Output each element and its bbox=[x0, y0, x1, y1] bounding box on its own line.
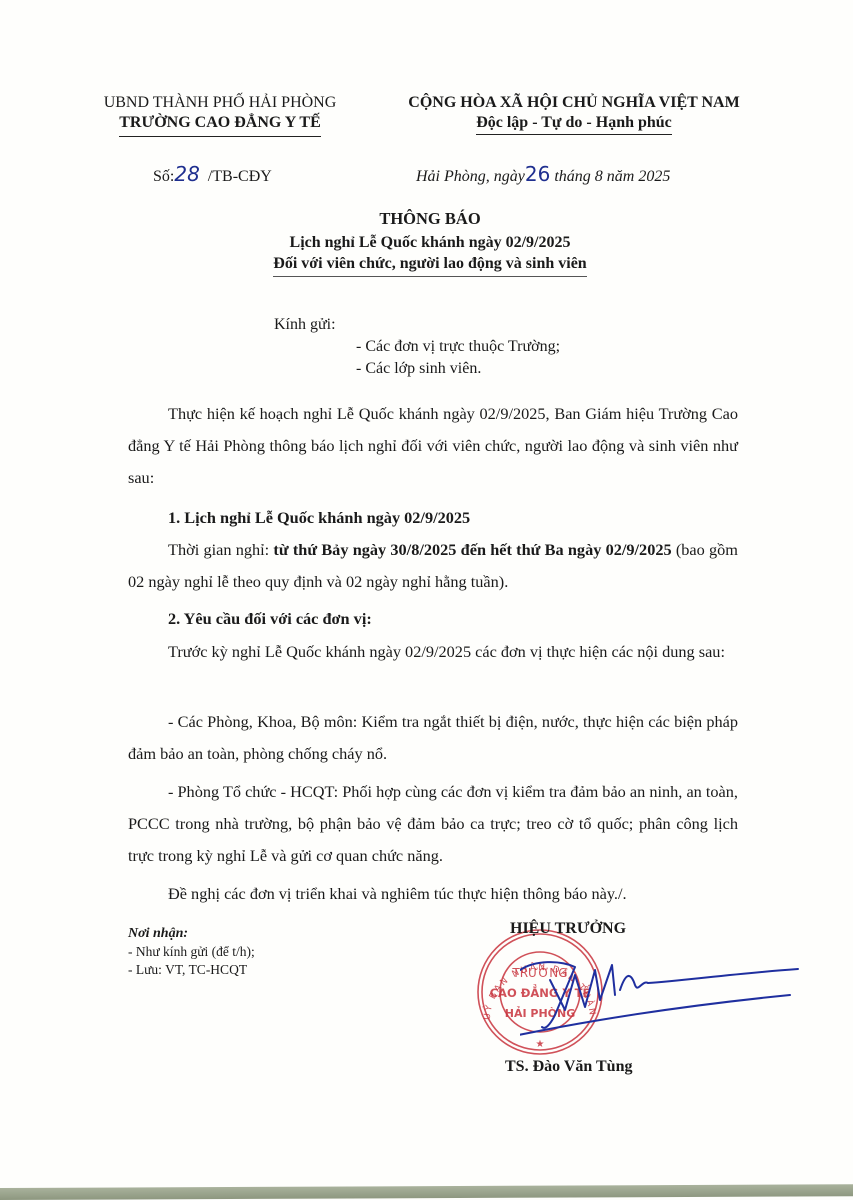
section-2-heading: 2. Yêu cầu đối với các đơn vị: bbox=[128, 603, 738, 635]
place-date: Hải Phòng, ngày26 tháng 8 năm 2025 bbox=[416, 162, 670, 186]
holiday-period-label: Thời gian nghỉ: bbox=[168, 540, 269, 559]
handwritten-day: 26 bbox=[525, 162, 550, 186]
section-1-paragraph: Thời gian nghỉ: từ thứ Bảy ngày 30/8/202… bbox=[128, 534, 738, 598]
handwritten-signature-icon bbox=[520, 955, 800, 1045]
holiday-period: từ thứ Bảy ngày 30/8/2025 đến hết thứ Ba… bbox=[273, 540, 671, 559]
requirement-item: - Các Phòng, Khoa, Bộ môn: Kiểm tra ngắt… bbox=[128, 706, 738, 770]
document-page: UBND THÀNH PHỐ HẢI PHÒNG TRƯỜNG CAO ĐẲNG… bbox=[0, 0, 853, 1190]
recipients-block: Nơi nhận: - Như kính gửi (để t/h); - Lưu… bbox=[128, 925, 255, 979]
national-title: CỘNG HÒA XÃ HỘI CHỦ NGHĨA VIỆT NAM bbox=[372, 93, 776, 113]
handwritten-number: 28 bbox=[174, 162, 199, 186]
requirement-item: - Phòng Tổ chức - HCQT: Phối hợp cùng cá… bbox=[128, 776, 738, 872]
authority-name: UBND THÀNH PHỐ HẢI PHÒNG bbox=[70, 93, 370, 113]
addressee-item: - Các lớp sinh viên. bbox=[274, 358, 560, 380]
scan-bottom-edge bbox=[0, 1184, 853, 1200]
addressees: Kính gửi: - Các đơn vị trực thuộc Trường… bbox=[274, 314, 560, 380]
national-header-block: CỘNG HÒA XÃ HỘI CHỦ NGHĨA VIỆT NAM Độc l… bbox=[372, 93, 776, 135]
section-1-heading: 1. Lịch nghỉ Lễ Quốc khánh ngày 02/9/202… bbox=[128, 502, 738, 534]
intro-paragraph: Thực hiện kế hoạch nghỉ Lễ Quốc khánh ng… bbox=[128, 398, 738, 494]
date-prefix: Hải Phòng, ngày bbox=[416, 168, 525, 185]
addressee-item: - Các đơn vị trực thuộc Trường; bbox=[274, 336, 560, 358]
recipients-label: Nơi nhận: bbox=[128, 925, 255, 943]
number-prefix: Số: bbox=[153, 168, 174, 185]
document-subject-line-2: Đối với viên chức, người lao động và sin… bbox=[273, 253, 586, 277]
number-suffix: /TB-CĐY bbox=[208, 168, 272, 185]
document-number: Số:28 /TB-CĐY bbox=[153, 162, 272, 186]
institution-name: TRƯỜNG CAO ĐẲNG Y TẾ bbox=[119, 113, 321, 137]
recipient-item: - Như kính gửi (để t/h); bbox=[128, 943, 255, 961]
recipient-item: - Lưu: VT, TC-HCQT bbox=[128, 961, 255, 979]
document-type: THÔNG BÁO bbox=[150, 208, 710, 229]
document-title-block: THÔNG BÁO Lịch nghỉ Lễ Quốc khánh ngày 0… bbox=[150, 208, 710, 277]
addressees-label: Kính gửi: bbox=[274, 314, 560, 336]
document-subject-line-1: Lịch nghỉ Lễ Quốc khánh ngày 02/9/2025 bbox=[150, 232, 710, 253]
issuing-authority-block: UBND THÀNH PHỐ HẢI PHÒNG TRƯỜNG CAO ĐẲNG… bbox=[70, 93, 370, 137]
signer-name: TS. Đào Văn Tùng bbox=[505, 1058, 632, 1076]
signer-position: HIỆU TRƯỞNG bbox=[510, 920, 626, 938]
closing-paragraph: Đề nghị các đơn vị triển khai và nghiêm … bbox=[128, 878, 738, 910]
date-suffix: tháng 8 năm 2025 bbox=[554, 168, 670, 185]
section-2-intro: Trước kỳ nghỉ Lễ Quốc khánh ngày 02/9/20… bbox=[128, 636, 738, 668]
national-motto: Độc lập - Tự do - Hạnh phúc bbox=[476, 113, 672, 135]
